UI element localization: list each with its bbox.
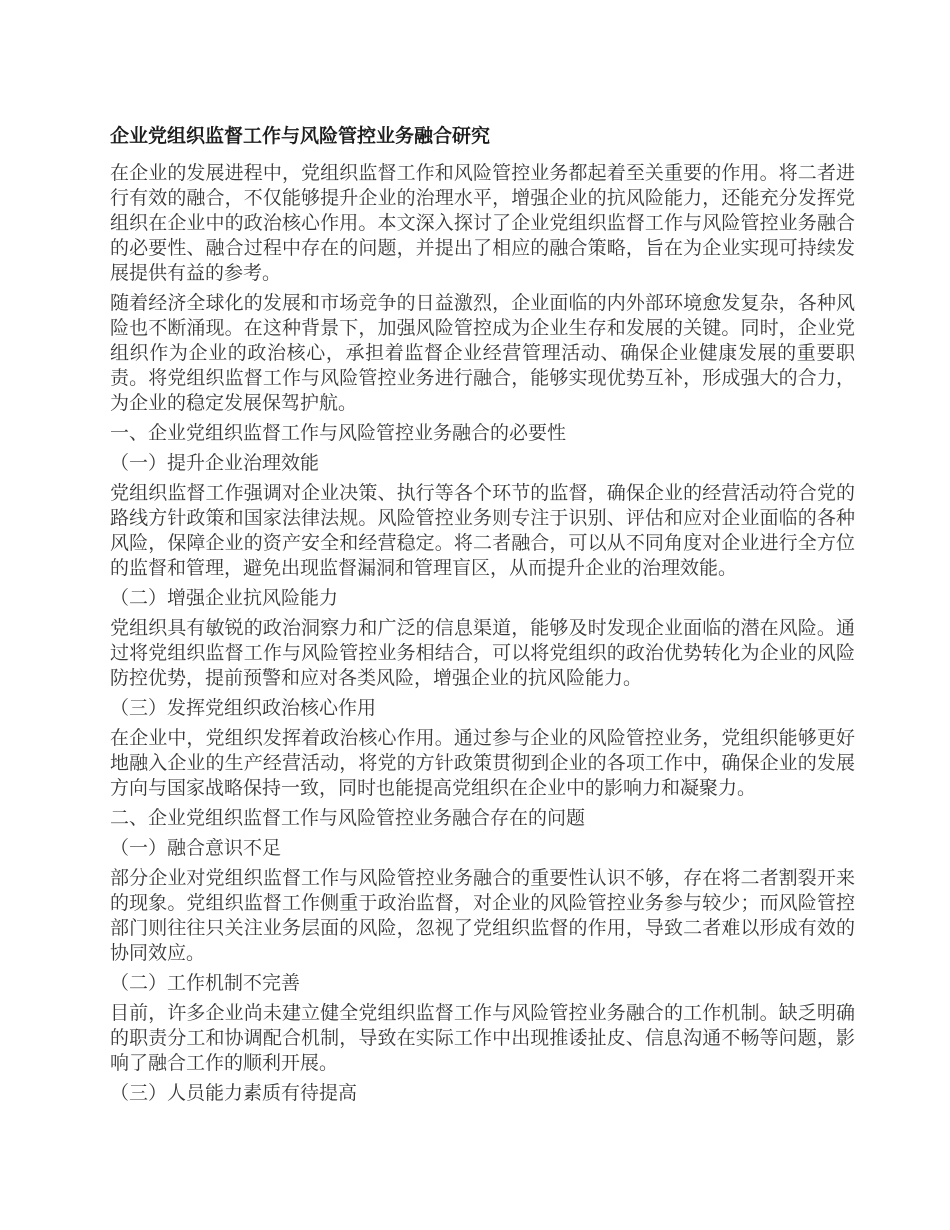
paragraph: 目前，许多企业尚未建立健全党组织监督工作与风险管控业务融合的工作机制。缺乏明确的… [110, 1001, 855, 1076]
subsection-heading: （一）提升企业治理效能 [110, 451, 855, 476]
paragraph: 党组织监督工作强调对企业决策、执行等各个环节的监督，确保企业的经营活动符合党的路… [110, 481, 855, 581]
subsection-heading: （三）人员能力素质有待提高 [110, 1081, 855, 1106]
section-heading: 一、企业党组织监督工作与风险管控业务融合的必要性 [110, 421, 855, 446]
paragraph: 在企业的发展进程中，党组织监督工作和风险管控业务都起着至关重要的作用。将二者进行… [110, 161, 855, 286]
subsection-heading: （三）发挥党组织政治核心作用 [110, 696, 855, 721]
paragraph: 部分企业对党组织监督工作与风险管控业务融合的重要性认识不够，存在将二者割裂开来的… [110, 866, 855, 966]
subsection-heading: （二）工作机制不完善 [110, 971, 855, 996]
subsection-heading: （二）增强企业抗风险能力 [110, 586, 855, 611]
paragraph: 党组织具有敏锐的政治洞察力和广泛的信息渠道，能够及时发现企业面临的潜在风险。通过… [110, 616, 855, 691]
section-heading: 二、企业党组织监督工作与风险管控业务融合存在的问题 [110, 806, 855, 831]
subsection-heading: （一）融合意识不足 [110, 836, 855, 861]
document-body: 在企业的发展进程中，党组织监督工作和风险管控业务都起着至关重要的作用。将二者进行… [110, 161, 855, 1106]
paragraph: 随着经济全球化的发展和市场竞争的日益激烈，企业面临的内外部环境愈发复杂，各种风险… [110, 291, 855, 416]
paragraph: 在企业中，党组织发挥着政治核心作用。通过参与企业的风险管控业务，党组织能够更好地… [110, 726, 855, 801]
document-page: 企业党组织监督工作与风险管控业务融合研究 在企业的发展进程中，党组织监督工作和风… [110, 124, 855, 1111]
doc-title: 企业党组织监督工作与风险管控业务融合研究 [110, 124, 855, 149]
